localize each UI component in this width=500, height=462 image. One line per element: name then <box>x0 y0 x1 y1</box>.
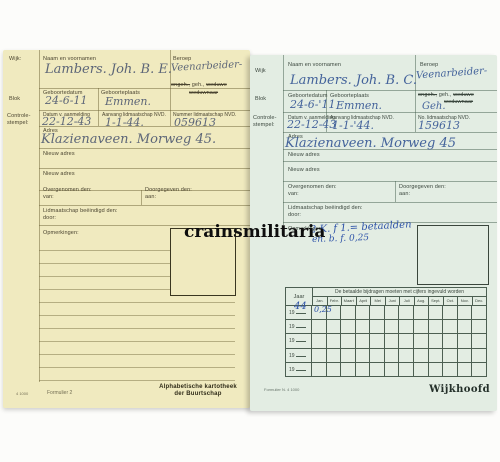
month-header: Oct. <box>443 297 458 305</box>
month-header: Dec. <box>472 297 487 305</box>
adres-value: Klazienaveen. Morweg 45. <box>41 132 216 147</box>
table-cell <box>355 349 370 362</box>
table-cell <box>442 306 457 319</box>
year-prefix: 19 <box>289 367 295 373</box>
marital-hand-value: Geh. <box>422 101 446 112</box>
table-cell <box>398 363 413 376</box>
beeindigd-label: Lidmaatschap beëindigd den: <box>43 208 118 215</box>
hline <box>283 112 497 113</box>
aanvang-value: 1-1-44. <box>105 116 144 129</box>
table-cell <box>355 363 370 376</box>
marital-status-line2: weduwnaar <box>444 99 473 106</box>
geboortedatum-value: 24-6-11 <box>45 94 87 107</box>
table-cell <box>471 320 486 333</box>
table-cell <box>398 320 413 333</box>
hline <box>39 148 250 149</box>
marital-geh: geh., <box>439 92 452 98</box>
month-header: Sept. <box>428 297 443 305</box>
table-cell <box>312 363 326 376</box>
table-cell <box>398 349 413 362</box>
aan-label: aan: <box>399 191 410 198</box>
marital-ongeh: ongeh., <box>418 92 437 98</box>
table-cell <box>340 306 355 319</box>
vline <box>415 55 416 132</box>
table-cell <box>471 349 486 362</box>
year-cell: 19 <box>286 363 312 376</box>
table-cell <box>428 306 443 319</box>
marital-status-line1: ongeh., geh., weduwe <box>171 82 227 89</box>
hline <box>283 132 497 133</box>
vline <box>283 55 284 225</box>
table-cell <box>384 334 399 347</box>
table-row: 19 <box>286 319 486 333</box>
table-cell <box>471 363 486 376</box>
formulier-label: Formulier 2 <box>47 390 72 396</box>
hline <box>283 161 497 162</box>
table-cell <box>457 334 472 347</box>
wijk-label: Wijk: <box>9 56 21 63</box>
blok-label: Blok <box>255 96 266 103</box>
year-prefix: 19 <box>289 324 295 330</box>
aanmelding-value: 22-12-43 <box>287 118 336 131</box>
year-cell: 19 <box>286 334 312 347</box>
table-jan-value: 0,25 <box>314 305 332 314</box>
month-header: Maart <box>341 297 356 305</box>
table-cell <box>355 334 370 347</box>
table-cell <box>369 349 384 362</box>
table-cell <box>340 334 355 347</box>
nieuw-adres2-label: Nieuw adres <box>43 171 75 178</box>
adres-value: Klazienaveen. Morweg 45 <box>285 136 456 151</box>
aanmelding-value: 22-12-43 <box>42 115 91 128</box>
aan-label: aan: <box>145 194 156 201</box>
naam-value: Lambers. Joh. B. C. <box>290 73 417 88</box>
hline <box>39 205 250 206</box>
table-cell <box>369 306 384 319</box>
table-row: 19 <box>286 362 486 376</box>
photo-of-registration-cards: Wijk: Blok Controle- stempel: Naam en vo… <box>0 0 500 462</box>
marital-weduwnaar: weduwnaar <box>444 99 473 105</box>
marital-weduwnaar: weduwnaar <box>189 90 218 96</box>
year-blank-line <box>296 323 306 328</box>
table-cell <box>457 349 472 362</box>
table-cell <box>312 334 326 347</box>
year-blank-line <box>296 352 306 357</box>
stamp-box <box>417 225 489 285</box>
print-code: 4 1000 <box>16 391 28 396</box>
table-cell <box>326 349 341 362</box>
table-cell <box>471 334 486 347</box>
doorgegeven-label: Doorgegeven den: <box>399 184 446 191</box>
table-cell <box>442 363 457 376</box>
hline <box>39 110 250 111</box>
naam-value: Lambers. Joh. B. E. <box>45 62 172 77</box>
vline <box>395 181 396 202</box>
nieuw-adres-label: Nieuw adres <box>43 151 75 158</box>
table-cell <box>326 363 341 376</box>
month-header: Nov. <box>457 297 472 305</box>
formulier-label: Formulier N. 4 1000 <box>264 387 299 392</box>
controle-stempel-label-1: Controle- <box>253 115 277 122</box>
table-cell <box>398 334 413 347</box>
controle-stempel-label-2: stempel: <box>253 122 275 129</box>
wijk-label: Wijk <box>255 68 266 75</box>
table-cell <box>413 320 428 333</box>
marital-status-line2: weduwnaar <box>189 90 218 97</box>
geboorteplaats-value: Emmen. <box>105 95 151 108</box>
table-cell <box>398 306 413 319</box>
table-cell <box>355 306 370 319</box>
table-cell <box>428 349 443 362</box>
vline <box>98 88 99 126</box>
month-header: Febr. <box>327 297 342 305</box>
nieuw-adres2-label: Nieuw adres <box>288 167 320 174</box>
hline <box>283 202 497 203</box>
geboortedatum-value: 24-6-'11 <box>290 98 335 111</box>
month-header: Juni <box>385 297 400 305</box>
hline <box>39 168 250 169</box>
month-header: April <box>356 297 371 305</box>
marital-weduwe: weduwe <box>453 92 474 98</box>
table-cell <box>384 306 399 319</box>
watermark-text: crainsmilitaria <box>184 222 325 242</box>
table-cell <box>384 349 399 362</box>
year-prefix: 19 <box>289 338 295 344</box>
year-blank-line <box>296 366 306 371</box>
table-year-value: 44 <box>294 301 307 312</box>
beroep-value: Veenarbeider- <box>171 59 243 74</box>
marital-weduwe: weduwe <box>206 82 227 88</box>
table-cell <box>340 363 355 376</box>
year-cell: 19 <box>286 349 312 362</box>
month-header-row: Jan. Febr. Maart April Mei Juni Juli Aug… <box>313 297 486 305</box>
marital-ongeh: ongeh., <box>171 82 190 88</box>
table-cell <box>413 334 428 347</box>
month-header: Jan. <box>313 297 327 305</box>
table-cell <box>355 320 370 333</box>
hline <box>283 90 497 91</box>
table-cell <box>340 320 355 333</box>
blok-label: Blok <box>9 96 20 103</box>
wijkhoofd-label: Wijkhoofd <box>420 384 490 395</box>
overgenomen-label: Overgenomen den: <box>43 187 92 194</box>
table-cell <box>442 320 457 333</box>
hline <box>283 181 497 182</box>
door-label: door: <box>288 212 301 219</box>
opmerkingen-label: Opmerkingen: <box>43 230 79 237</box>
nummer-value: 159613 <box>418 119 460 132</box>
marital-status-line1: ongeh., geh., weduwe <box>418 92 474 99</box>
table-cell <box>413 363 428 376</box>
beroep-label: Beroep <box>420 62 438 69</box>
table-cell <box>442 349 457 362</box>
year-cell: 19 <box>286 320 312 333</box>
nieuw-adres-label: Nieuw adres <box>288 152 320 159</box>
table-cell <box>442 334 457 347</box>
table-cell <box>312 320 326 333</box>
table-cell <box>326 334 341 347</box>
table-cell <box>369 363 384 376</box>
month-header: Aug. <box>414 297 429 305</box>
table-cell <box>312 349 326 362</box>
table-cell <box>369 320 384 333</box>
doorgegeven-label: Doorgegeven den: <box>145 187 192 194</box>
table-cell <box>384 320 399 333</box>
card-title-line1: Alphabetische kartotheek <box>151 384 245 390</box>
nummer-value: 059613 <box>174 116 216 129</box>
table-cell <box>413 306 428 319</box>
naam-label: Naam en voornamen <box>288 62 341 69</box>
table-cell <box>457 363 472 376</box>
contributions-table: Jaar De betaalde bijdragen moeten met ci… <box>285 287 487 377</box>
table-cell <box>413 349 428 362</box>
van-label: van: <box>43 194 54 201</box>
door-label: door: <box>43 215 56 222</box>
overgenomen-label: Overgenomen den: <box>288 184 337 191</box>
table-cell <box>428 334 443 347</box>
van-label: van: <box>288 191 299 198</box>
table-cell <box>428 363 443 376</box>
marital-geh: geh., <box>192 82 205 88</box>
table-header: Jaar De betaalde bijdragen moeten met ci… <box>286 288 486 305</box>
table-cell <box>471 306 486 319</box>
table-cell <box>326 320 341 333</box>
controle-stempel-label-1: Controle- <box>7 113 31 120</box>
month-header: Juli <box>399 297 414 305</box>
aanvang-value: 1-1-'44. <box>332 119 374 132</box>
table-cell <box>369 334 384 347</box>
table-cell <box>384 363 399 376</box>
table-banner: De betaalde bijdragen moeten met cijfers… <box>313 288 486 297</box>
table-row: 19 <box>286 348 486 362</box>
table-cell <box>457 320 472 333</box>
card-title-line2: der Buurtschap <box>151 391 245 397</box>
year-blank-line <box>296 337 306 342</box>
vline <box>141 190 142 205</box>
year-prefix: 19 <box>289 353 295 359</box>
table-row: 19 <box>286 333 486 347</box>
controle-stempel-label-2: stempel: <box>7 120 29 127</box>
table-header-right: De betaalde bijdragen moeten met cijfers… <box>313 288 486 305</box>
table-cell <box>340 349 355 362</box>
table-cell <box>457 306 472 319</box>
table-cell <box>428 320 443 333</box>
month-header: Mei <box>370 297 385 305</box>
beeindigd-label: Lidmaatschap beëindigd den: <box>288 205 363 212</box>
geboorteplaats-value: Emmen. <box>336 99 382 112</box>
